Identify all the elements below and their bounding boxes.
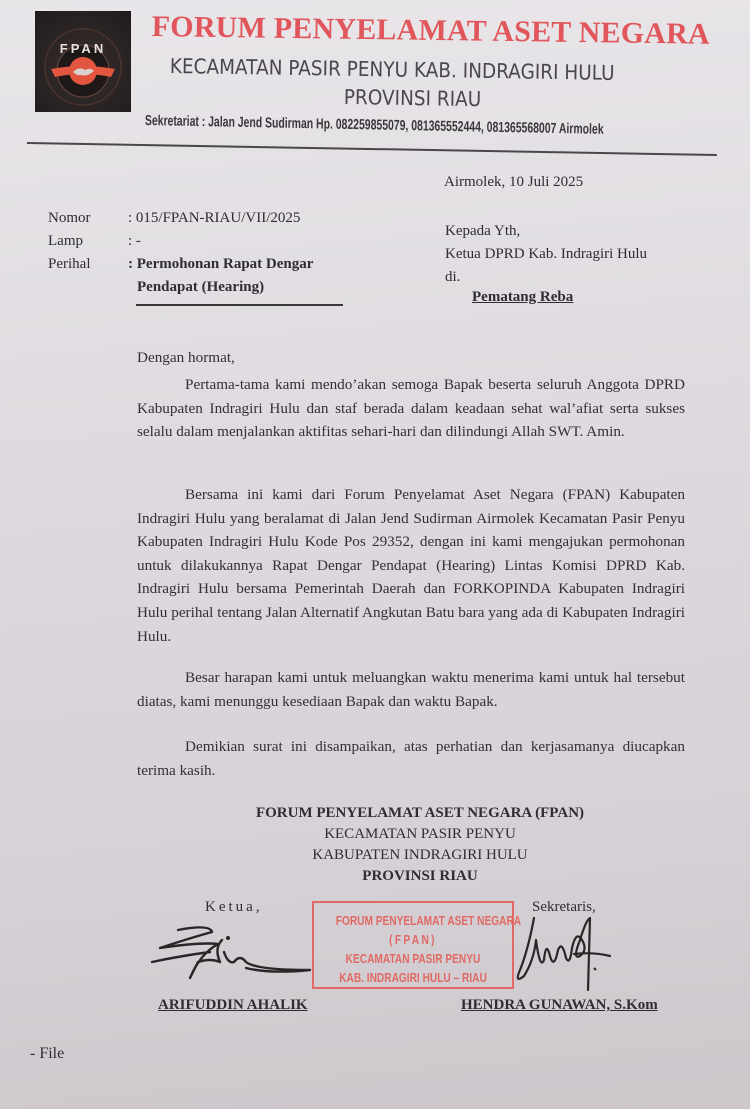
body-paragraph-2: Bersama ini kami dari Forum Penyelamat A… [137,483,685,648]
paragraph-text: Pertama-tama kami mendo’akan semoga Bapa… [137,373,685,444]
organization-subtitle-district: KECAMATAN PASIR PENYU KAB. INDRAGIRI HUL… [170,54,656,86]
secretariat-address: Sekretariat : Jalan Jend Sudirman Hp. 08… [145,113,604,138]
organization-stamp: FORUM PENYELAMAT ASET NEGARA (FPAN) KECA… [312,901,514,989]
label-lamp: Lamp [48,230,91,253]
chairman-signature-icon [150,918,315,988]
value-perihal: : Permohonan Rapat Dengar [128,253,313,276]
stamp-line3: KECAMATAN PASIR PENYU [336,949,490,968]
subject-underline [136,304,343,306]
label-perihal: Perihal [48,253,91,276]
signature-organization: FORUM PENYELAMAT ASET NEGARA (FPAN) KECA… [140,803,700,887]
value-perihal-cont: Pendapat (Hearing) [128,276,313,299]
sig-org-line2: KECAMATAN PASIR PENYU [140,824,700,845]
stamp-line1: FORUM PENYELAMAT ASET NEGARA [336,911,490,930]
recipient-di: di. [445,266,647,289]
secretary-name: HENDRA GUNAWAN, S.Kom [461,997,658,1014]
sig-org-line1: FORUM PENYELAMAT ASET NEGARA (FPAN) [140,803,700,824]
recipient-block: Kepada Yth, Ketua DPRD Kab. Indragiri Hu… [445,220,647,289]
body-paragraph-4: Demikian surat ini disampaikan, atas per… [137,735,685,782]
paragraph-text: Demikian surat ini disampaikan, atas per… [137,735,685,782]
paragraph-text: Besar harapan kami untuk meluangkan wakt… [137,666,685,713]
letter-date: Airmolek, 10 Juli 2025 [444,174,583,191]
chairman-name: ARIFUDDIN AHALIK [158,997,308,1014]
label-nomor: Nomor [48,207,91,230]
greeting: Dengan hormat, [137,346,685,370]
letterhead-divider [27,142,717,156]
body-paragraph-3: Besar harapan kami untuk meluangkan wakt… [137,666,685,713]
fpan-logo: FPAN [35,11,131,112]
body-paragraph-1: Pertama-tama kami mendo’akan semoga Bapa… [137,373,685,444]
reference-values: : 015/FPAN-RIAU/VII/2025 : - : Permohona… [128,207,313,299]
paragraph-text: Bersama ini kami dari Forum Penyelamat A… [137,483,685,648]
sig-org-line3: KABUPATEN INDRAGIRI HULU [140,845,700,866]
value-nomor: : 015/FPAN-RIAU/VII/2025 [128,207,313,230]
value-lamp: : - [128,230,313,253]
stamp-line4: KAB. INDRAGIRI HULU – RIAU [336,968,490,987]
recipient-city: Pematang Reba [472,289,573,306]
svg-text:FPAN: FPAN [60,41,106,56]
chairman-role: Ketua, [205,899,263,916]
recipient-salutation: Kepada Yth, [445,220,647,243]
carbon-copy: - File [30,1045,64,1063]
organization-title: FORUM PENYELAMAT ASET NEGARA [152,10,692,52]
secretary-signature-icon [510,910,615,995]
organization-subtitle-province: PROVINSI RIAU [344,85,482,111]
reference-labels: Nomor Lamp Perihal [48,207,91,276]
sig-org-line4: PROVINSI RIAU [140,866,700,887]
stamp-line2: (FPAN) [336,930,490,949]
recipient-title: Ketua DPRD Kab. Indragiri Hulu [445,243,647,266]
logo-emblem-icon: FPAN [35,11,131,112]
